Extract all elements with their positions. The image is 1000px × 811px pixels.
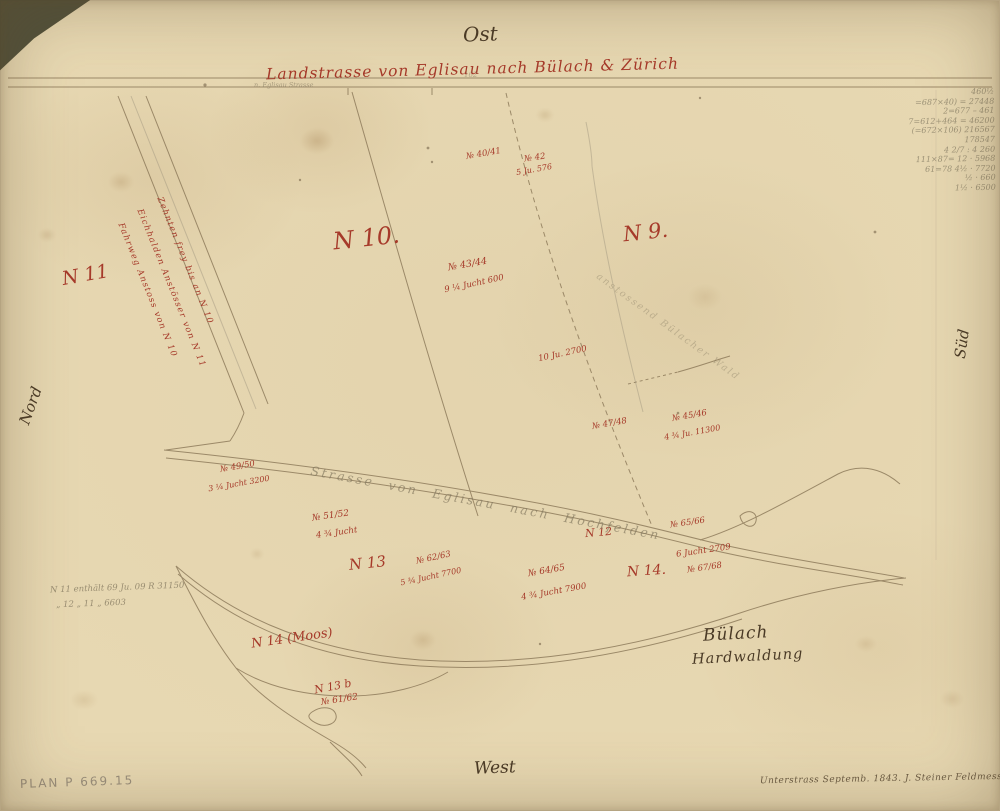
pencil-summary-line: „ 12 „ 11 „ 6603 bbox=[56, 599, 126, 610]
survey-note: № 51/52 bbox=[312, 509, 350, 524]
foxing-stain bbox=[250, 548, 264, 560]
parcel-label-n13: N 13 bbox=[348, 554, 386, 574]
compass-west-label: West bbox=[474, 759, 516, 778]
survey-note: № 49/50 bbox=[219, 460, 255, 475]
survey-note: 10 Ju. 2700 bbox=[538, 345, 588, 364]
foxing-stain bbox=[38, 228, 56, 242]
foxing-stain bbox=[855, 636, 877, 652]
parcel-label-n10: N 10. bbox=[332, 223, 401, 255]
top-measure-mark: 162 bbox=[464, 72, 477, 79]
place-name-hardwaldung: Hardwaldung bbox=[692, 647, 804, 668]
parcel-label-n14-moos: N 14 (Moos) bbox=[250, 626, 333, 651]
parcel-label-n9: N 9. bbox=[622, 219, 669, 246]
foxing-stain bbox=[536, 108, 554, 122]
survey-note: № 45/46 bbox=[671, 409, 707, 424]
survey-note: 4 ¾ Jucht 7900 bbox=[521, 582, 587, 602]
survey-note: 9 ¼ Jucht 600 bbox=[444, 274, 505, 295]
survey-note: № 62/63 bbox=[415, 550, 451, 566]
foxing-stain bbox=[70, 690, 98, 710]
foxing-stain bbox=[108, 172, 134, 192]
survey-note: № 40/41 bbox=[465, 147, 501, 162]
compass-sued-label: Süd bbox=[953, 328, 973, 359]
foxing-stain bbox=[940, 690, 964, 708]
foxing-stain bbox=[688, 284, 722, 310]
survey-note: 4 ¾ Jucht bbox=[316, 526, 358, 541]
map-scan: Ost West Nord Süd Landstrasse von Eglisa… bbox=[0, 0, 1000, 811]
top-road-note: n. Eglisau Strasse bbox=[254, 82, 313, 89]
survey-note: 4 ¾ Ju. 11300 bbox=[664, 424, 721, 442]
foxing-stain bbox=[300, 128, 334, 154]
parcel-number-note: № 61/62 bbox=[320, 693, 358, 708]
place-name-buelach: Bülach bbox=[703, 624, 769, 645]
parcel-label-n11: N 11 bbox=[61, 262, 111, 290]
compass-ost-label: Ost bbox=[463, 23, 498, 45]
pencil-summary-line: N 11 enthält 69 Ju. 09 R 31150 bbox=[50, 582, 185, 596]
compass-nord-label: Nord bbox=[17, 385, 45, 427]
calc-line: 1½ · 6500 bbox=[846, 183, 996, 195]
survey-note: № 47/48 bbox=[591, 417, 627, 432]
road-label: Strasse von Eglisau nach Hochfelden bbox=[310, 464, 662, 542]
survey-note: 3 ¼ Jucht 3200 bbox=[208, 475, 271, 494]
surveyor-signature: Unterstrass Septemb. 1843. J. Steiner Fe… bbox=[760, 773, 1000, 787]
survey-note: 5 ¾ Jucht 7700 bbox=[400, 567, 462, 588]
survey-note: № 43/44 bbox=[447, 257, 488, 274]
survey-note: 5 Ju. 576 bbox=[516, 163, 553, 178]
foxing-stain bbox=[410, 630, 436, 650]
parcel-label-n14: N 14. bbox=[627, 563, 667, 580]
pencil-calculations: 460½ =687×40) = 27448 2=677 – 461 7=612+… bbox=[844, 87, 996, 195]
survey-note: 6 Jucht 2709 bbox=[676, 543, 732, 559]
survey-note: № 64/65 bbox=[527, 564, 565, 580]
plan-number: PLAN P 669.15 bbox=[20, 774, 135, 791]
survey-note: № 65/66 bbox=[670, 517, 706, 531]
pencil-area-note: anstossend Bülacher Wald bbox=[594, 272, 741, 383]
survey-note: № 67/68 bbox=[687, 562, 723, 576]
